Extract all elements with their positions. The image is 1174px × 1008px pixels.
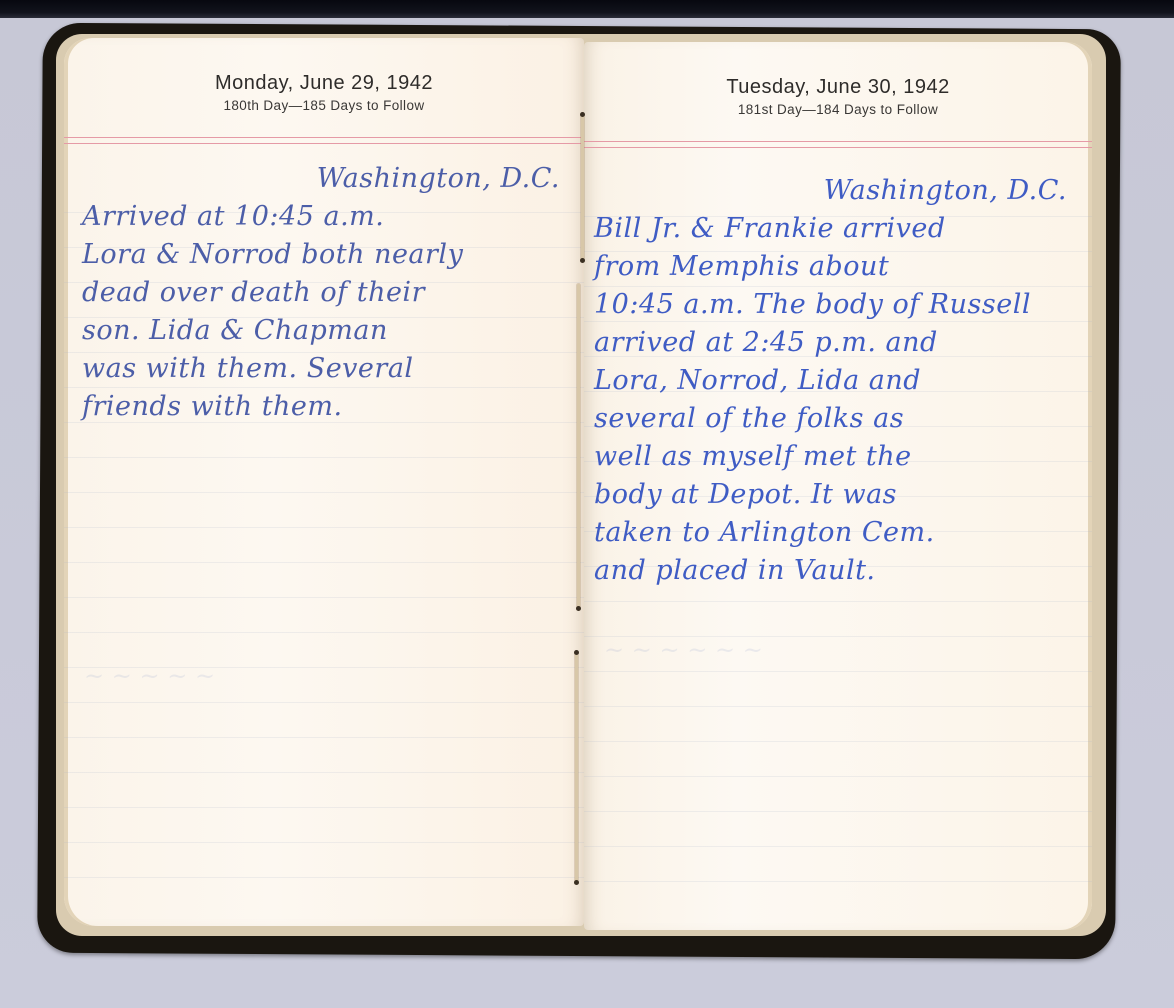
page-date: Monday, June 29, 1942 — [64, 72, 584, 95]
entry-line: son. Lida & Chapman — [82, 312, 582, 350]
right-page-header: Tuesday, June 30, 1942 181st Day—184 Day… — [584, 76, 1092, 117]
header-rule — [584, 147, 1092, 148]
binding-stitch — [575, 652, 578, 884]
day-count: 180th Day—185 Days to Follow — [64, 98, 584, 113]
entry-line: friends with them. — [82, 388, 582, 426]
page-date: Tuesday, June 30, 1942 — [584, 76, 1092, 99]
left-page-header: Monday, June 29, 1942 180th Day—185 Days… — [64, 72, 584, 113]
header-rule — [64, 143, 584, 144]
entry-line: Arrived at 10:45 a.m. — [82, 198, 582, 236]
left-page: ~ ~ ~ ~ ~ Monday, June 29, 1942 180th Da… — [64, 38, 584, 926]
right-page: ~ ~ ~ ~ ~ ~ Tuesday, June 30, 1942 181st… — [584, 42, 1092, 930]
entry-line: well as myself met the — [594, 438, 1089, 476]
bleed-through-text: ~ ~ ~ ~ ~ ~ — [604, 632, 763, 668]
entry-line: arrived at 2:45 p.m. and — [594, 324, 1089, 362]
entry-line: Lora & Norrod both nearly — [82, 236, 582, 274]
stitch-hole — [580, 258, 585, 263]
scanner-top-edge — [0, 0, 1174, 18]
entry-line: dead over death of their — [82, 274, 582, 312]
header-rule — [584, 141, 1092, 142]
entry-line: Bill Jr. & Frankie arrived — [594, 210, 1089, 248]
handwritten-entry: Washington, D.C. Arrived at 10:45 a.m. L… — [82, 160, 582, 426]
binding-stitch — [577, 284, 580, 610]
entry-line: Lora, Norrod, Lida and — [594, 362, 1089, 400]
entry-line: taken to Arlington Cem. — [594, 514, 1089, 552]
stitch-hole — [576, 606, 581, 611]
day-count: 181st Day—184 Days to Follow — [584, 102, 1092, 117]
entry-line: several of the folks as — [594, 400, 1089, 438]
header-rule — [64, 137, 584, 138]
binding-stitch — [581, 114, 584, 262]
stitch-hole — [580, 112, 585, 117]
entry-line: was with them. Several — [82, 350, 582, 388]
entry-line: and placed in Vault. — [594, 552, 1089, 590]
entry-line: from Memphis about — [594, 248, 1089, 286]
handwritten-entry: Washington, D.C. Bill Jr. & Frankie arri… — [594, 172, 1089, 590]
entry-place: Washington, D.C. — [82, 160, 582, 198]
entry-line: body at Depot. It was — [594, 476, 1089, 514]
bleed-through-text: ~ ~ ~ ~ ~ — [84, 658, 215, 694]
entry-place: Washington, D.C. — [594, 172, 1089, 210]
stitch-hole — [574, 880, 579, 885]
stitch-hole — [574, 650, 579, 655]
entry-line: 10:45 a.m. The body of Russell — [594, 286, 1089, 324]
